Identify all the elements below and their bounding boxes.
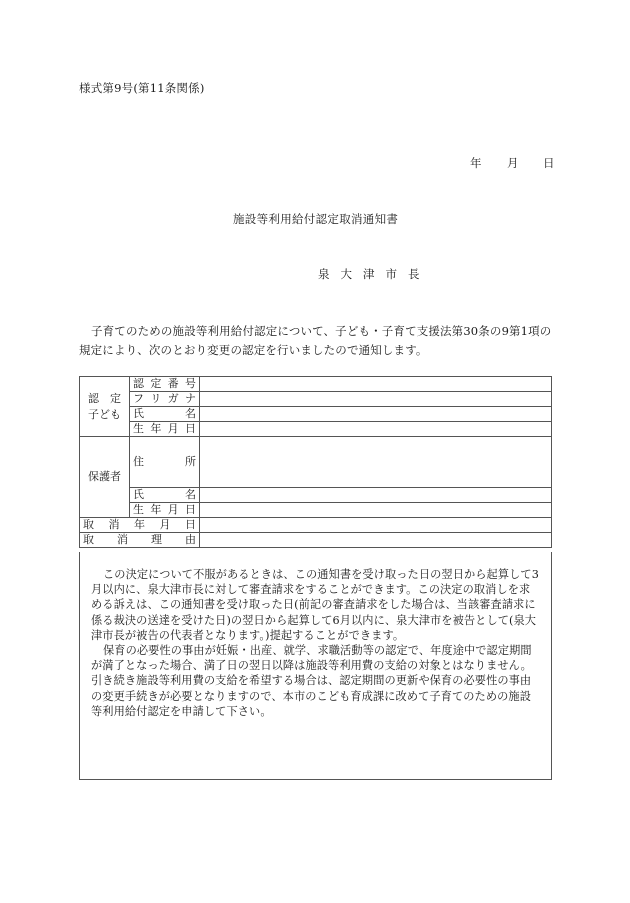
label-child-furigana: フリガナ xyxy=(133,392,196,406)
row-label: 生年月日 xyxy=(130,422,200,437)
guardian-birthdate-field[interactable] xyxy=(200,503,552,518)
guardian-name-field[interactable] xyxy=(200,488,552,503)
table-row: 保護者 住所 xyxy=(80,437,552,488)
issuer: 泉大津市長 xyxy=(318,266,431,282)
table-row: フリガナ xyxy=(80,392,552,407)
table-row: 取消理由 xyxy=(80,533,552,548)
child-group-label: 認 定 子ども xyxy=(80,377,130,437)
appeal-notice: この決定について不服があるときは、この通知書を受け取った日の翌日から起算して3月… xyxy=(91,567,541,643)
cancel-date-field[interactable] xyxy=(200,518,552,533)
guardian-address-field[interactable] xyxy=(200,437,552,488)
child-furigana-field[interactable] xyxy=(200,392,552,407)
date-month: 月 xyxy=(507,155,519,171)
table-row: 生年月日 xyxy=(80,422,552,437)
label-guardian-birthdate: 生年月日 xyxy=(133,503,196,517)
label-cancel-date: 取消年月日 xyxy=(83,518,196,532)
label-guardian-name: 氏名 xyxy=(133,488,196,502)
notes-box: この決定について不服があるときは、この通知書を受け取った日の翌日から起算して3月… xyxy=(79,552,552,780)
row-label: 取消理由 xyxy=(80,533,200,548)
child-group-label-line1: 認 定 xyxy=(83,391,126,407)
label-child-birthdate: 生年月日 xyxy=(133,422,196,436)
certification-number-field[interactable] xyxy=(200,377,552,392)
form-number: 様式第9号(第11条関係) xyxy=(79,80,205,96)
label-guardian-address: 住所 xyxy=(133,455,196,469)
table-row: 取消年月日 xyxy=(80,518,552,533)
document-title: 施設等利用給付認定取消通知書 xyxy=(233,211,398,227)
label-child-name: 氏名 xyxy=(133,407,196,421)
label-cancel-reason: 取消理由 xyxy=(83,533,196,547)
intro-text: 子育てのための施設等利用給付認定について、子ども・子育て支援法第30条の9第1項… xyxy=(79,322,559,360)
guardian-group-label: 保護者 xyxy=(80,437,130,518)
form-table: 認 定 子ども 認定番号 フリガナ 氏名 生年月日 保護者 住所 氏名 生年月日 xyxy=(79,376,552,548)
row-label: 認定番号 xyxy=(130,377,200,392)
date-year: 年 xyxy=(470,155,482,171)
table-row: 氏名 xyxy=(80,407,552,422)
child-group-label-line2: 子ども xyxy=(83,407,126,423)
row-label: 住所 xyxy=(130,437,200,488)
table-row: 生年月日 xyxy=(80,503,552,518)
renewal-notice: 保育の必要性の事由が妊娠・出産、就学、求職活動等の認定で、年度途中で認定期間が満… xyxy=(91,643,541,719)
child-name-field[interactable] xyxy=(200,407,552,422)
notes: この決定について不服があるときは、この通知書を受け取った日の翌日から起算して3月… xyxy=(91,567,541,719)
cancel-reason-field[interactable] xyxy=(200,533,552,548)
date-day: 日 xyxy=(543,155,555,171)
table-row: 氏名 xyxy=(80,488,552,503)
row-label: 氏名 xyxy=(130,488,200,503)
label-certification-number: 認定番号 xyxy=(133,377,196,391)
row-label: フリガナ xyxy=(130,392,200,407)
row-label: 取消年月日 xyxy=(80,518,200,533)
form-table-wrap: 認 定 子ども 認定番号 フリガナ 氏名 生年月日 保護者 住所 氏名 生年月日 xyxy=(79,376,552,548)
table-row: 認 定 子ども 認定番号 xyxy=(80,377,552,392)
row-label: 氏名 xyxy=(130,407,200,422)
row-label: 生年月日 xyxy=(130,503,200,518)
child-birthdate-field[interactable] xyxy=(200,422,552,437)
